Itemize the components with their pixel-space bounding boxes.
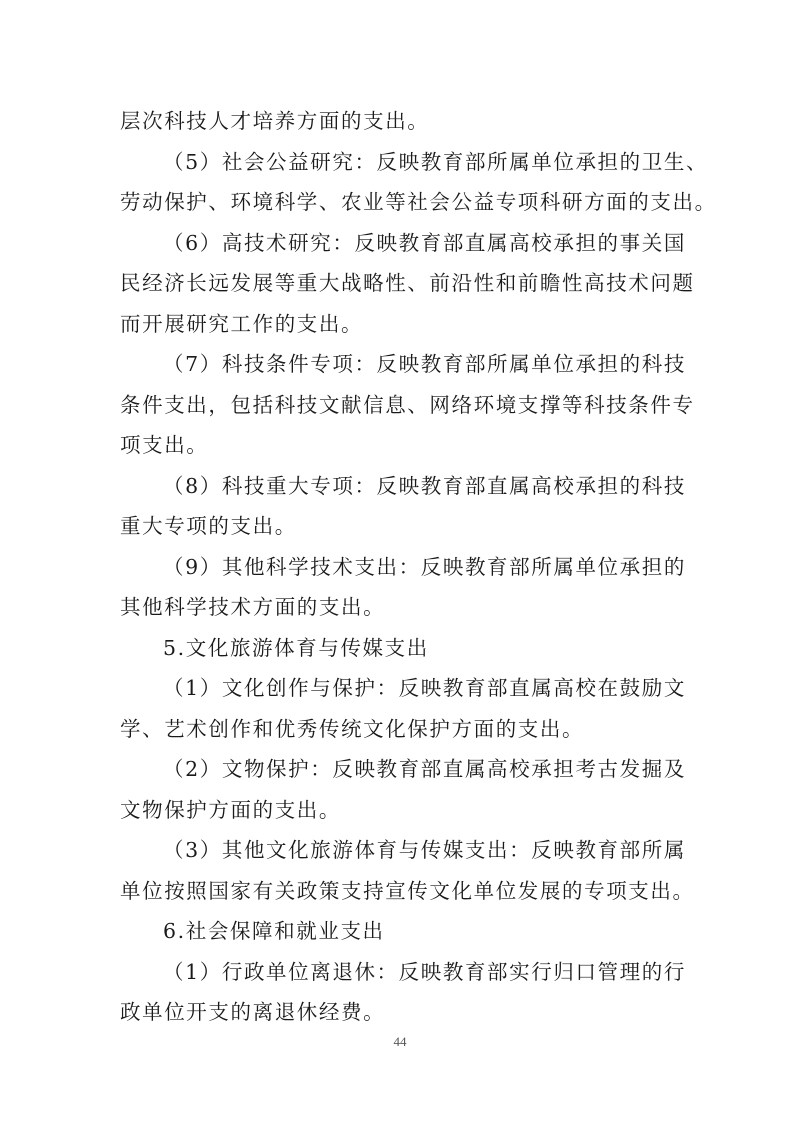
item-heading-major-tech-projects: （8）科技重大专项：反映教育部直属高校承担的科技: [120, 466, 682, 507]
item-heading-cultural-relics: （2）文物保护：反映教育部直属高校承担考古发掘及: [120, 749, 682, 790]
item-heading-other-culture: （3）其他文化旅游体育与传媒支出：反映教育部所属: [120, 830, 682, 871]
section-heading-social-security: 6.社会保障和就业支出: [120, 911, 682, 952]
item-heading-high-tech-research: （6）高技术研究：反映教育部直属高校承担的事关国: [120, 223, 682, 264]
text-line: 单位按照国家有关政策支持宣传文化单位发展的专项支出。: [120, 871, 682, 912]
text-line: 民经济长远发展等重大战略性、前沿性和前瞻性高技术问题: [120, 263, 682, 304]
text-line: 层次科技人才培养方面的支出。: [120, 101, 682, 142]
text-line: 劳动保护、环境科学、农业等社会公益专项科研方面的支出。: [120, 182, 682, 223]
text-line: 而开展研究工作的支出。: [120, 304, 682, 345]
text-line: 学、艺术创作和优秀传统文化保护方面的支出。: [120, 709, 682, 750]
text-line: 文物保护方面的支出。: [120, 790, 682, 831]
page-number: 44: [0, 1034, 800, 1050]
text-line: 其他科学技术方面的支出。: [120, 587, 682, 628]
item-heading-social-welfare-research: （5）社会公益研究：反映教育部所属单位承担的卫生、: [120, 142, 682, 183]
item-heading-cultural-creation: （1）文化创作与保护：反映教育部直属高校在鼓励文: [120, 668, 682, 709]
text-line: 重大专项的支出。: [120, 506, 682, 547]
item-heading-admin-retirement: （1）行政单位离退休：反映教育部实行归口管理的行: [120, 952, 682, 993]
section-heading-culture-tourism-sports-media: 5.文化旅游体育与传媒支出: [120, 628, 682, 669]
item-heading-tech-conditions: （7）科技条件专项：反映教育部所属单位承担的科技: [120, 344, 682, 385]
document-body: 层次科技人才培养方面的支出。 （5）社会公益研究：反映教育部所属单位承担的卫生、…: [120, 101, 682, 1033]
text-line: 项支出。: [120, 425, 682, 466]
text-line: 条件支出，包括科技文献信息、网络环境支撑等科技条件专: [120, 385, 682, 426]
text-line: 政单位开支的离退休经费。: [120, 992, 682, 1033]
item-heading-other-sci-tech: （9）其他科学技术支出：反映教育部所属单位承担的: [120, 547, 682, 588]
